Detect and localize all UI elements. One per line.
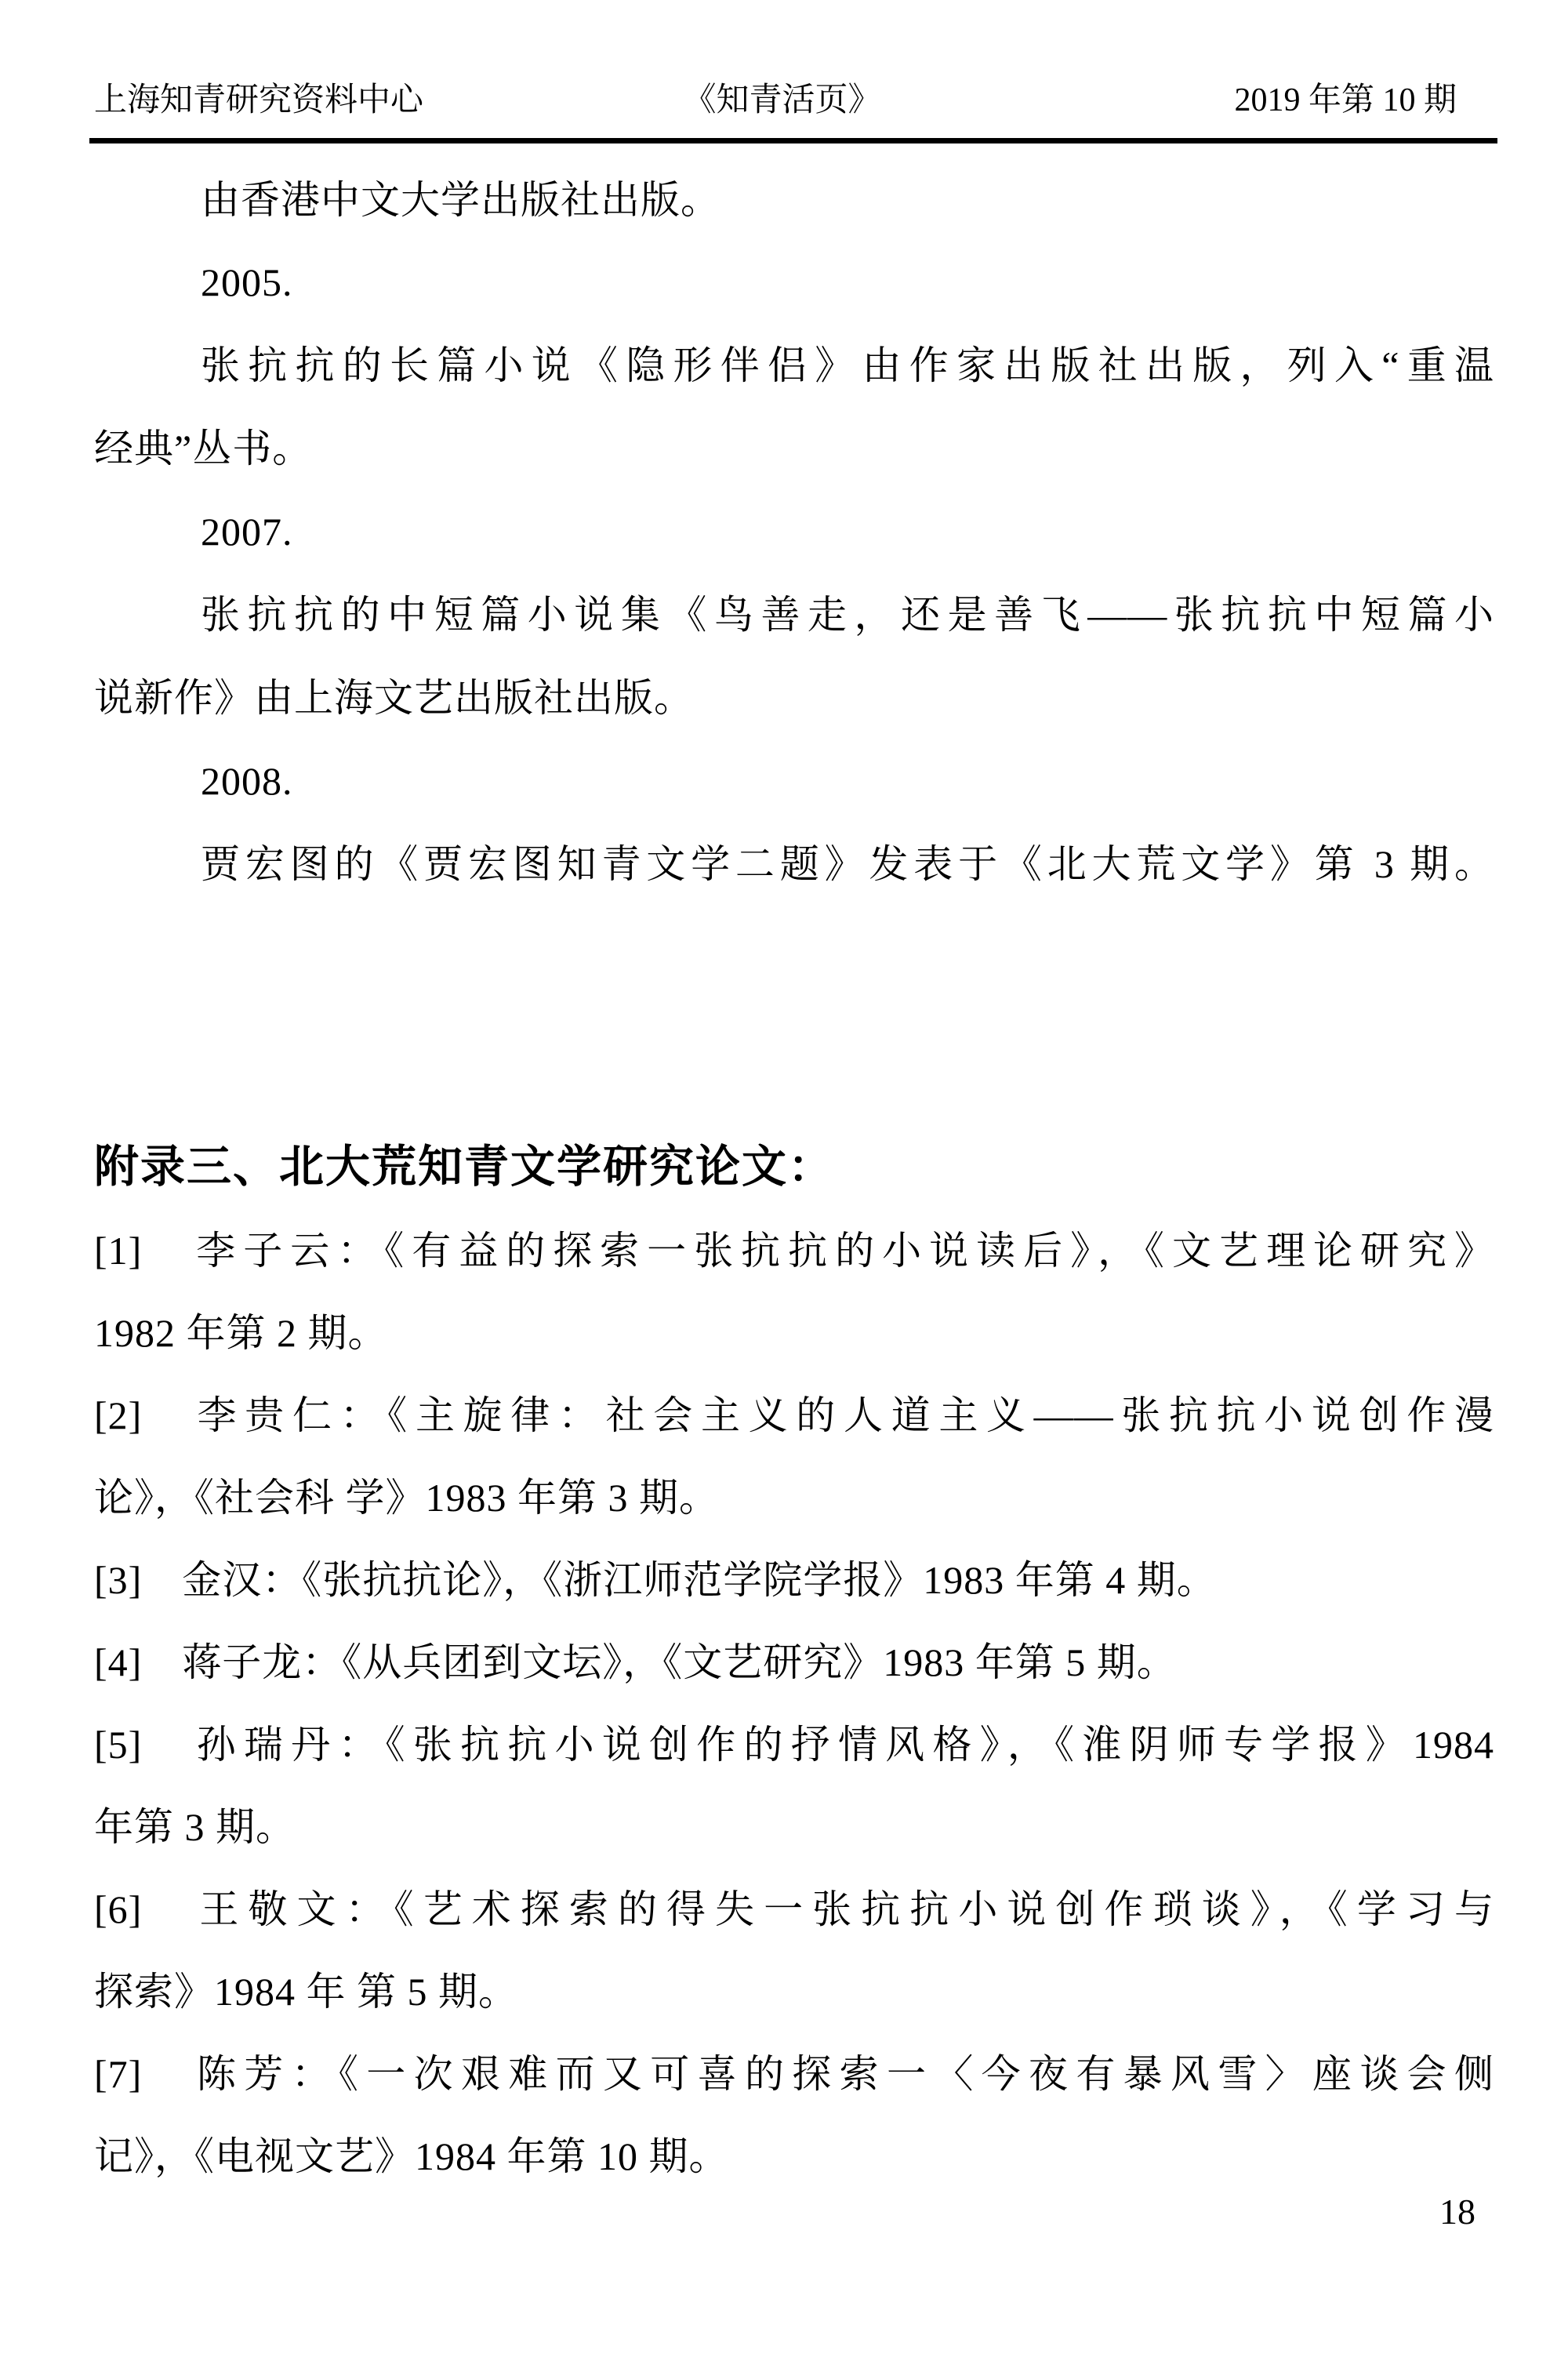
chronology-line: 2008.: [94, 740, 1494, 823]
reference-line: [3] 金汉：《张抗抗论》，《浙江师范学院学报》1983 年第 4 期。: [94, 1539, 1494, 1622]
reference-line: [6] 王敬文：《艺术探索的得失一张抗抗小说创作琐谈》，《学习与: [94, 1869, 1494, 1951]
appendix-section-title: 附录三、北大荒知青文学研究论文：: [94, 1126, 834, 1208]
chronology-line: 经典”丛书。: [94, 408, 1494, 490]
reference-line: [1] 李子云：《有益的探索一张抗抗的小说读后》，《文艺理论研究》: [94, 1210, 1494, 1292]
reference-line: 1982 年第 2 期。: [94, 1292, 1494, 1375]
chronology-line: 2007.: [94, 491, 1494, 573]
reference-line: [7] 陈芳：《一次艰难而又可喜的探索一〈今夜有暴风雪〉座谈会侧: [94, 2033, 1494, 2116]
chronology-line: 张抗抗的长篇小说《隐形伴侣》由作家出版社出版，列入“重温: [94, 325, 1494, 407]
page-number: 18: [1439, 2192, 1475, 2232]
header-divider-rule: [89, 138, 1497, 143]
header-organization: 上海知青研究资料中心: [94, 77, 423, 124]
reference-line: 年第 3 期。: [94, 1786, 1494, 1869]
reference-line: [2] 李贵仁：《主旋律：社会主义的人道主义——张抗抗小说创作漫: [94, 1375, 1494, 1457]
reference-line: 记》，《电视文艺》1984 年第 10 期。: [94, 2116, 1494, 2198]
chronology-line: 贾宏图的《贾宏图知青文学二题》发表于《北大荒文学》第 3 期。: [94, 823, 1494, 906]
chronology-line: 说新作》由上海文艺出版社出版。: [94, 657, 1494, 739]
document-page: 上海知青研究资料中心 《知青活页》 2019 年第 10 期 由香港中文大学出版…: [0, 0, 1568, 2379]
reference-line: [4] 蒋子龙：《从兵团到文坛》，《文艺研究》1983 年第 5 期。: [94, 1622, 1494, 1704]
reference-line: 论》，《社会科 学》1983 年第 3 期。: [94, 1457, 1494, 1539]
chronology-line: 张抗抗的中短篇小说集《鸟善走，还是善飞——张抗抗中短篇小: [94, 574, 1494, 656]
header-publication-title: 《知青活页》: [683, 77, 880, 124]
chronology-line: 由香港中文大学出版社出版。: [94, 159, 1494, 242]
header-issue: 2019 年第 10 期: [1234, 77, 1457, 124]
reference-line: [5] 孙瑞丹：《张抗抗小说创作的抒情风格》，《淮阴师专学报》1984: [94, 1704, 1494, 1786]
reference-line: 探索》1984 年 第 5 期。: [94, 1951, 1494, 2033]
chronology-line: 2005.: [94, 242, 1494, 324]
